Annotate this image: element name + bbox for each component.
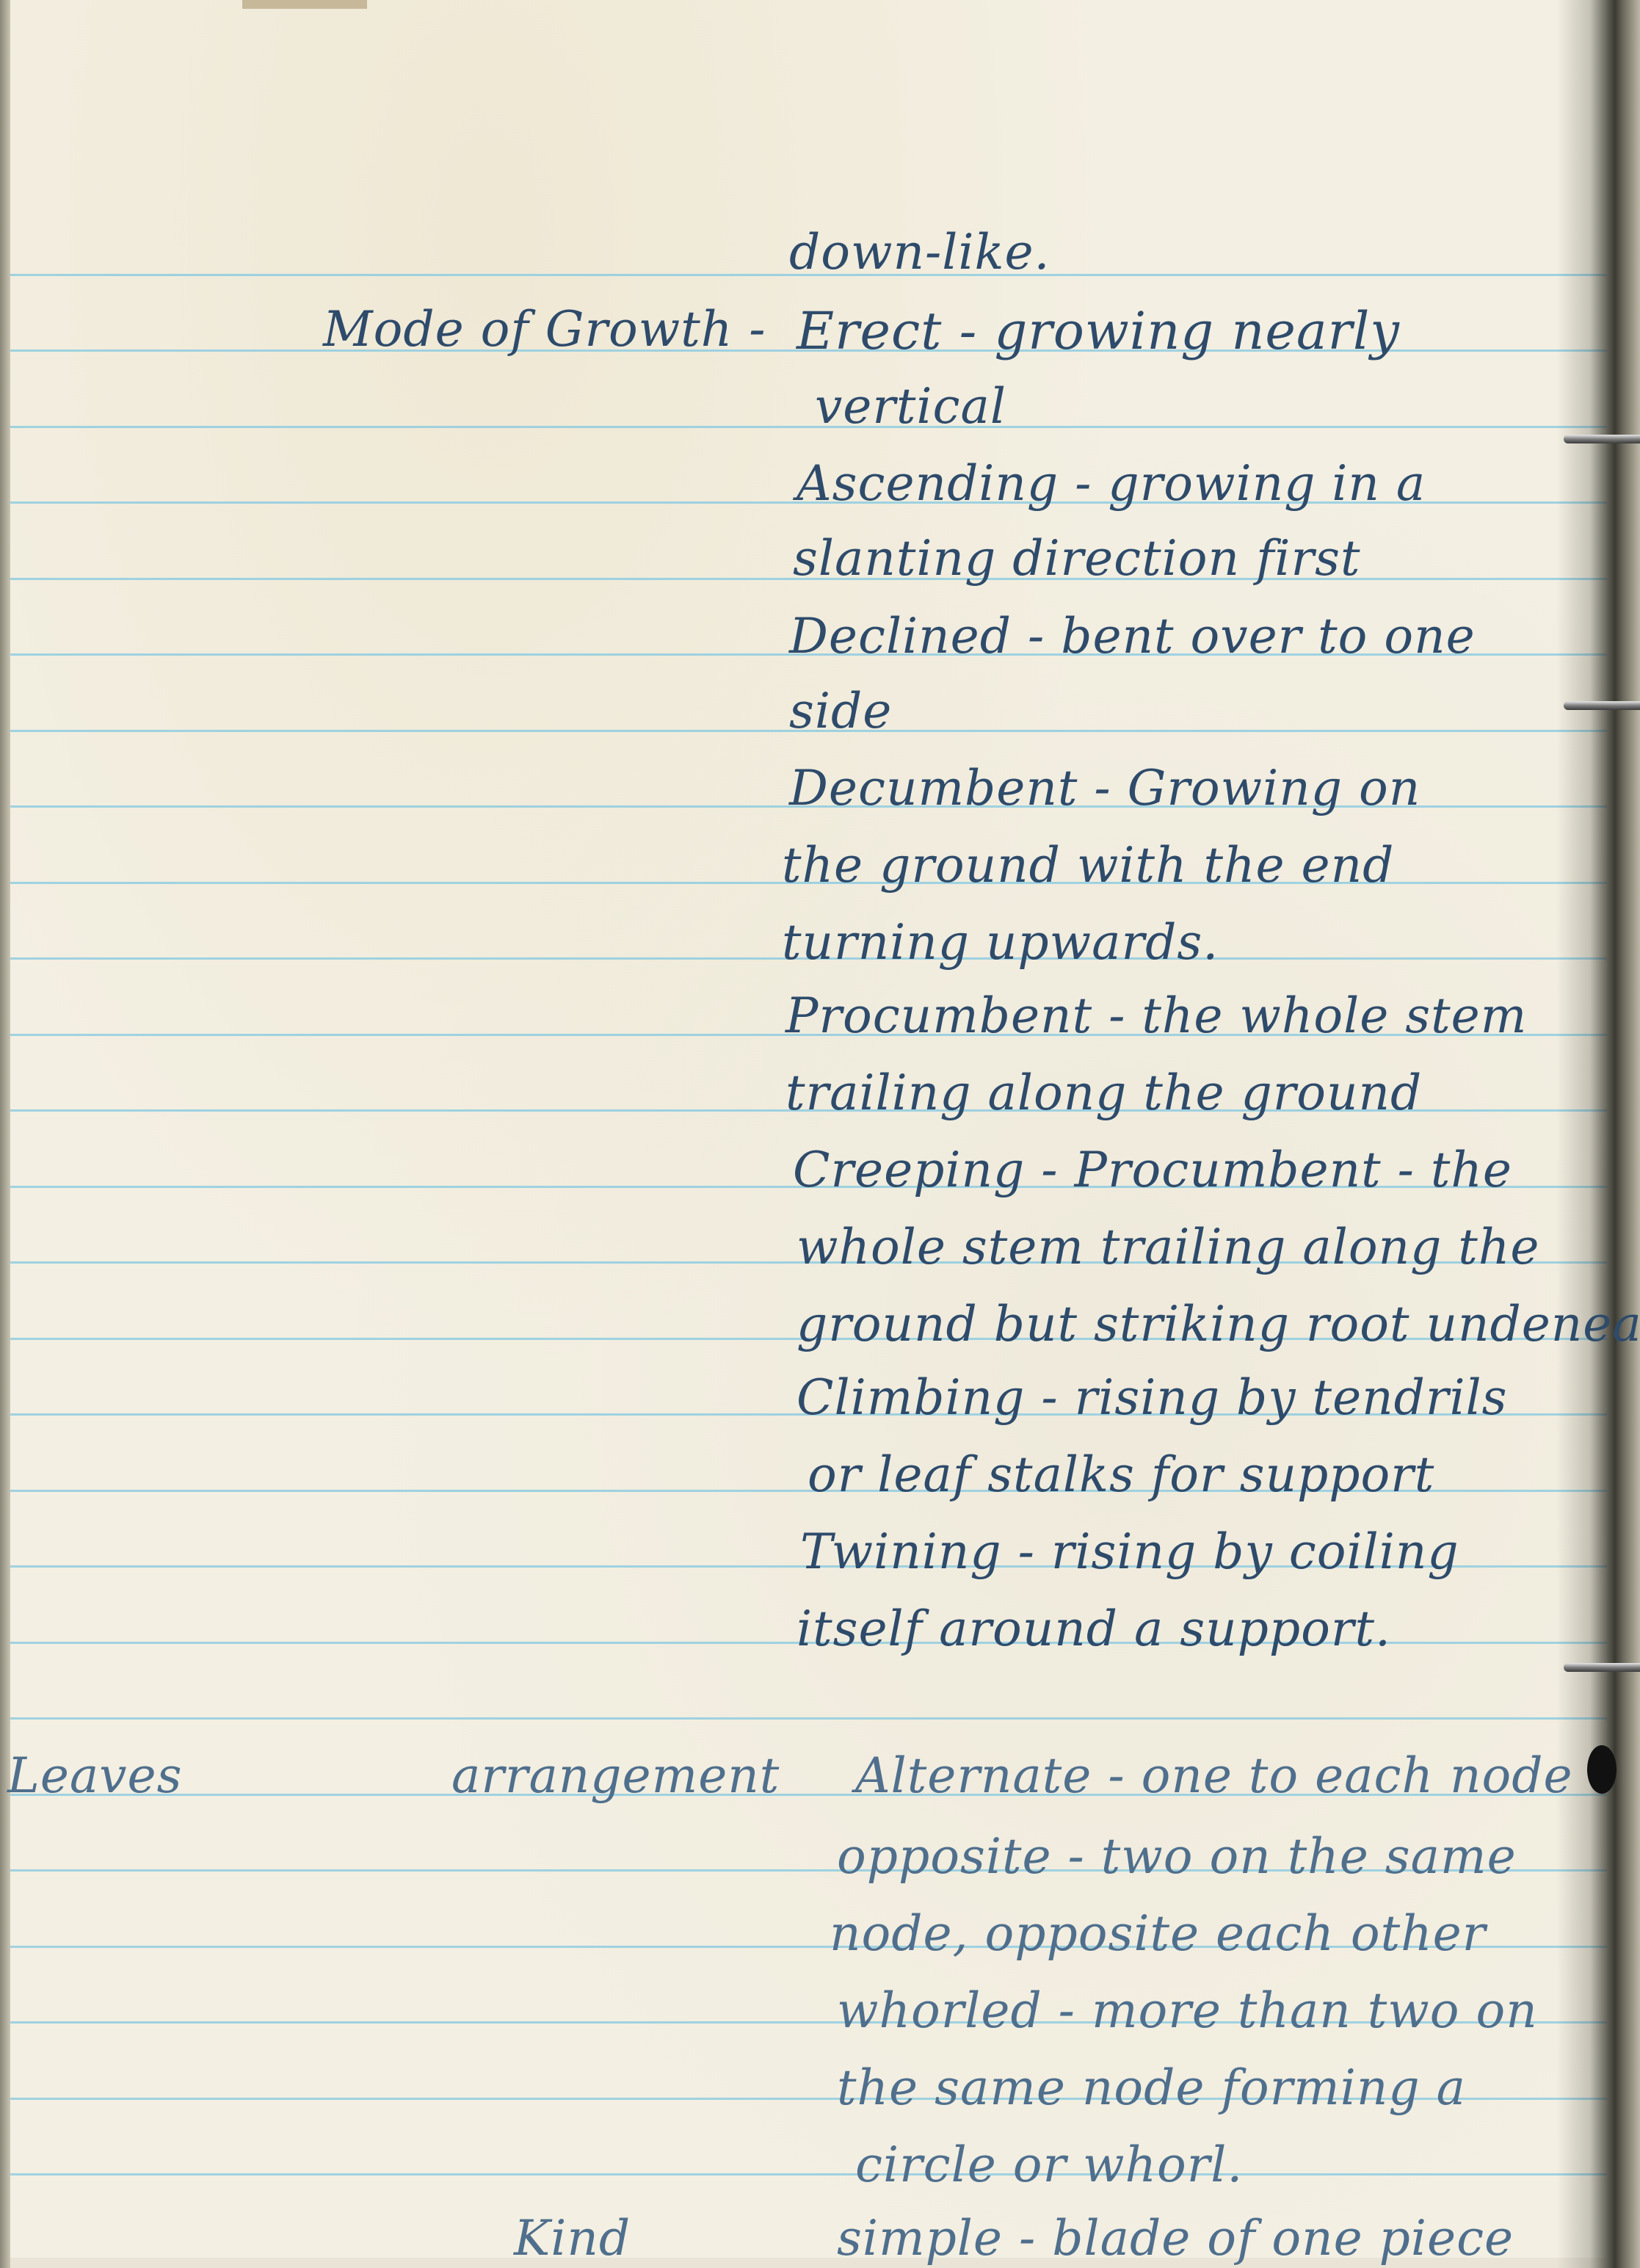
kind-label: Kind [514,2210,631,2267]
leaves-heading: Leaves [7,1747,182,1804]
definition-line: turning upwards. [782,914,1219,971]
definition-line: Climbing - rising by tendrils [797,1369,1508,1426]
definition-line: Creeping - Procumbent - the [793,1142,1512,1198]
definition-line: vertical [815,378,1006,435]
definition-line: opposite - two on the same [837,1828,1517,1885]
mode-of-growth-heading: Mode of Growth - [323,301,766,358]
page-edge [0,0,10,2268]
binder-ring [1564,435,1640,443]
binder-ring [1564,701,1640,710]
definition-line: side [789,683,892,739]
definition-line: Twining - rising by coiling [800,1524,1459,1580]
definition-line: circle or whorl. [855,2137,1243,2193]
definition-line: ground but striking root undeneath [797,1296,1640,1352]
definition-line: Declined - bent over to one [789,608,1476,664]
definition-line: itself around a support. [797,1601,1391,1657]
ruled-line [10,426,1607,428]
definition-line: Ascending - growing in a [797,455,1426,512]
definition-line: trailing along the ground [785,1065,1422,1121]
definition-line: Erect - growing nearly [797,301,1400,361]
definition-line: Decumbent - Growing on [789,760,1421,816]
definition-line: slanting direction first [793,530,1360,587]
continuation-text: down-like. [789,224,1051,280]
definition-line: or leaf stalks for support [808,1446,1434,1503]
punch-hole [1587,1745,1617,1794]
definition-line: the ground with the end [782,837,1394,894]
binder-spine [1556,0,1640,2268]
definition-line: whole stem trailing along the [797,1219,1539,1275]
definition-line: Alternate - one to each node [855,1747,1573,1804]
ruled-line [10,1717,1607,1720]
definition-line: the same node forming a [837,2059,1466,2116]
binder-ring [1564,1663,1640,1672]
definition-line: node, opposite each other [830,1905,1486,1962]
arrangement-label: arrangement [451,1747,780,1804]
definition-line: simple - blade of one piece [837,2210,1514,2267]
paper-tab [242,0,367,9]
ruled-line [10,2173,1607,2175]
definition-line: Procumbent - the whole stem [785,988,1527,1044]
definition-line: whorled - more than two on [837,1982,1538,2039]
